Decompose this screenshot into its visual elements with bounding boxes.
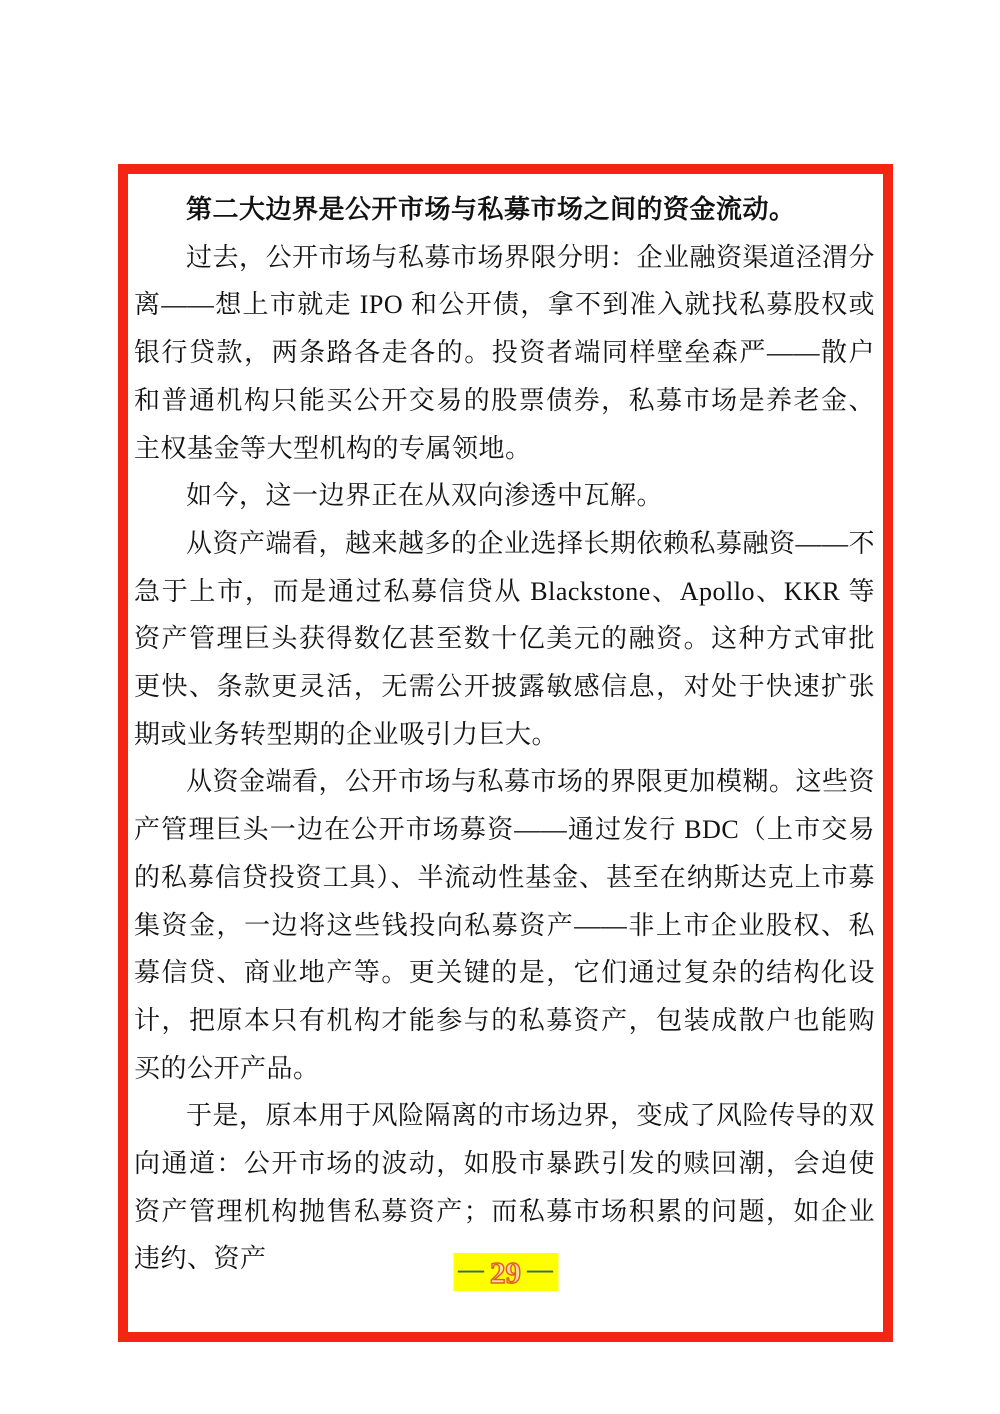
page-number-footer: — 29 — [453,1253,558,1291]
text-block: 第二大边界是公开市场与私募市场之间的资金流动。 过去，公开市场与私募市场界限分明… [128,174,883,1283]
paragraph: 从资产端看，越来越多的企业选择长期依赖私募融资——不急于上市，而是通过私募信贷从… [134,520,875,759]
document-page: 第二大边界是公开市场与私募市场之间的资金流动。 过去，公开市场与私募市场界限分明… [0,0,1000,1414]
page-border-frame: 第二大边界是公开市场与私募市场之间的资金流动。 过去，公开市场与私募市场界限分明… [118,164,893,1342]
footer-dash-right: — [527,1257,553,1283]
paragraph: 从资金端看，公开市场与私募市场的界限更加模糊。这些资产管理巨头一边在公开市场募资… [134,758,875,1092]
footer-dash-left: — [458,1257,484,1283]
page-number: 29 [490,1257,521,1288]
lead-paragraph: 第二大边界是公开市场与私募市场之间的资金流动。 [134,186,875,234]
paragraph: 如今，这一边界正在从双向渗透中瓦解。 [134,472,875,520]
paragraph: 过去，公开市场与私募市场界限分明：企业融资渠道泾渭分离——想上市就走 IPO 和… [134,234,875,473]
